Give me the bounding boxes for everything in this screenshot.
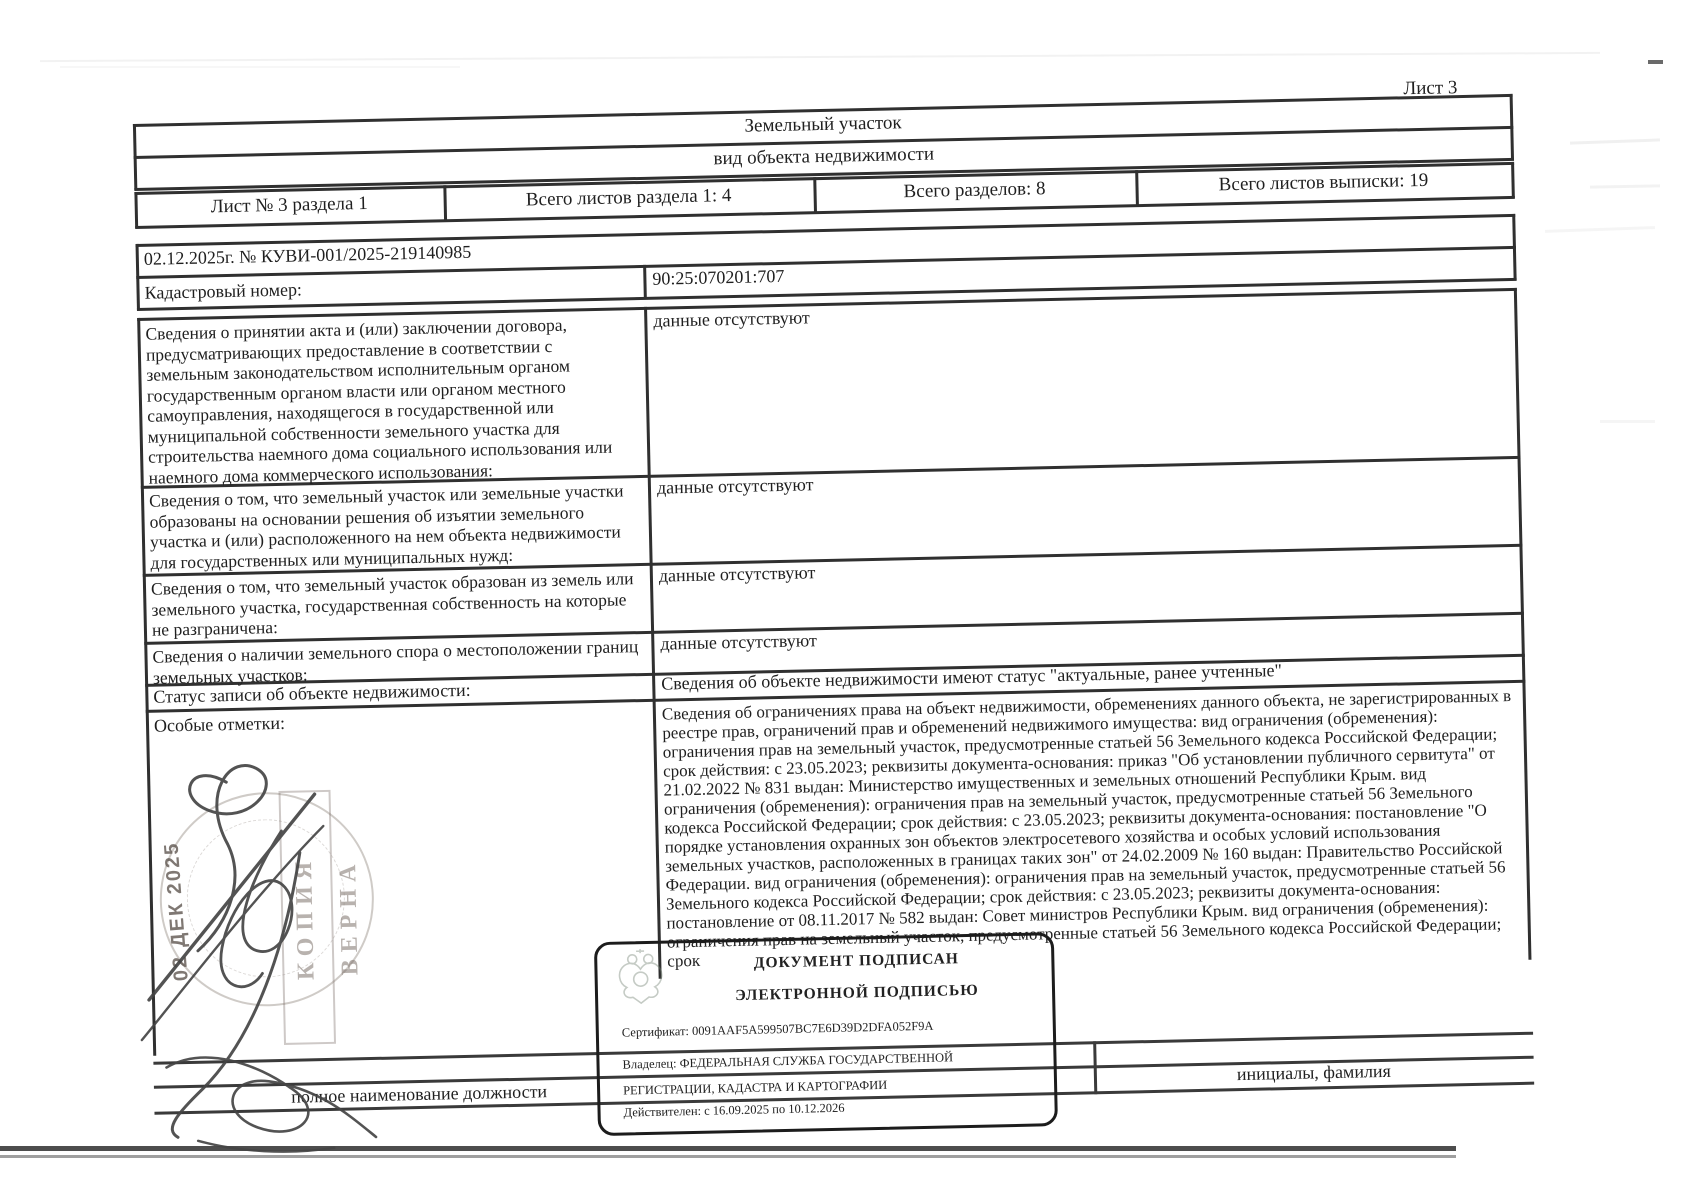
scanned-egrn-extract-page: { "page": { "sheet_label": "Лист 3" }, "… xyxy=(0,0,1683,1190)
extract-date-number: 02.12.2025г. № КУВИ-001/2025-219140985 xyxy=(144,242,472,270)
cadastral-number-value: 90:25:070201:707 xyxy=(652,266,784,290)
document-scan: Лист 3 Земельный участок вид объекта нед… xyxy=(0,0,1683,1190)
sheet-of-section: Лист № 3 раздела 1 xyxy=(135,191,444,220)
row-label-withdrawal-decision: Сведения о том, что земельный участок ил… xyxy=(149,480,643,573)
row-value-act-agreement: данные отсутствуют xyxy=(653,307,810,331)
row-value-withdrawal-decision: данные отсутствуют xyxy=(657,474,814,498)
sections-total: Всего разделов: 8 xyxy=(813,176,1135,205)
extract-sheets-total: Всего листов выписки: 19 xyxy=(1135,168,1511,198)
cadastral-number-label: Кадастровый номер: xyxy=(144,279,302,303)
row-label-act-agreement: Сведения о принятии акта и (или) заключе… xyxy=(145,313,640,488)
section-sheets-total: Всего листов раздела 1: 4 xyxy=(443,183,813,213)
coat-of-arms-icon xyxy=(614,947,667,1006)
row-value-special-notes: Сведения об ограничениях права на объект… xyxy=(662,686,1524,971)
row-value-formed-from-lands: данные отсутствуют xyxy=(659,562,816,586)
esign-owner: Владелец: ФЕДЕРАЛЬНАЯ СЛУЖБА ГОСУДАРСТВЕ… xyxy=(622,1044,963,1103)
row-label-formed-from-lands: Сведения о том, что земельный участок об… xyxy=(151,568,644,640)
row-value-boundary-dispute: данные отсутствуют xyxy=(660,630,817,654)
handwritten-signature xyxy=(129,732,408,1168)
